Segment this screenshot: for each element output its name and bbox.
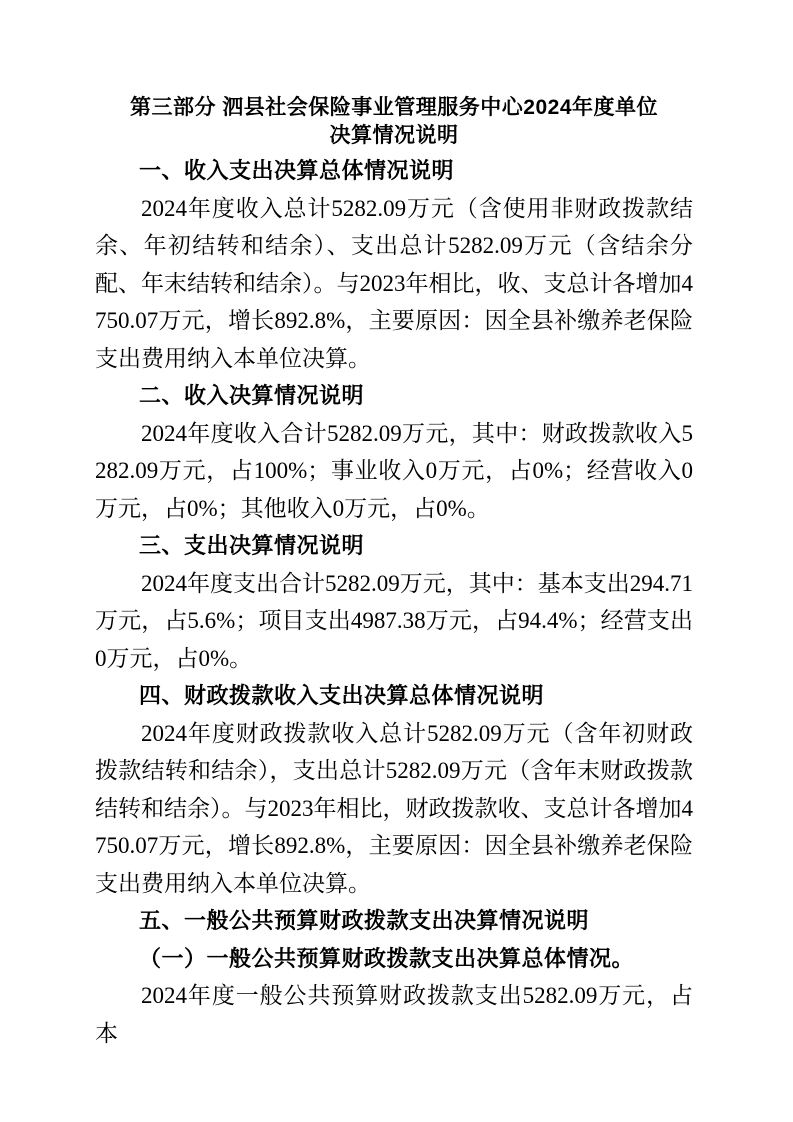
- section-paragraph: 2024年度支出合计5282.09万元，其中：基本支出294.71万元，占5.6…: [95, 565, 693, 678]
- document-title-line-2: 决算情况说明: [95, 122, 693, 150]
- section-heading: 二、收入决算情况说明: [95, 377, 693, 415]
- section-expenditure-details: 三、支出决算情况说明 2024年度支出合计5282.09万元，其中：基本支出29…: [95, 527, 693, 677]
- section-heading: 五、一般公共预算财政拨款支出决算情况说明: [95, 902, 693, 940]
- section-paragraph: 2024年度收入总计5282.09万元（含使用非财政拨款结余、年初结转和结余）、…: [95, 190, 693, 378]
- document-page: 第三部分 泗县社会保险事业管理服务中心2024年度单位 决算情况说明 一、收入支…: [0, 0, 793, 1122]
- document-content: 第三部分 泗县社会保险事业管理服务中心2024年度单位 决算情况说明 一、收入支…: [0, 0, 793, 1052]
- section-heading: 四、财政拨款收入支出决算总体情况说明: [95, 677, 693, 715]
- section-heading: 一、收入支出决算总体情况说明: [95, 152, 693, 190]
- section-paragraph: 2024年度收入合计5282.09万元，其中：财政拨款收入5282.09万元，占…: [95, 415, 693, 528]
- section-subheading: （一）一般公共预算财政拨款支出决算总体情况。: [95, 940, 693, 978]
- document-title-line-1: 第三部分 泗县社会保险事业管理服务中心2024年度单位: [95, 94, 693, 122]
- section-paragraph: 2024年度财政拨款收入总计5282.09万元（含年初财政拨款结转和结余），支出…: [95, 715, 693, 903]
- section-income-expenditure-overview: 一、收入支出决算总体情况说明 2024年度收入总计5282.09万元（含使用非财…: [95, 152, 693, 377]
- section-fiscal-appropriation-overview: 四、财政拨款收入支出决算总体情况说明 2024年度财政拨款收入总计5282.09…: [95, 677, 693, 902]
- section-general-public-budget: 五、一般公共预算财政拨款支出决算情况说明 （一）一般公共预算财政拨款支出决算总体…: [95, 902, 693, 1052]
- document-body: 一、收入支出决算总体情况说明 2024年度收入总计5282.09万元（含使用非财…: [95, 152, 693, 1052]
- section-income-details: 二、收入决算情况说明 2024年度收入合计5282.09万元，其中：财政拨款收入…: [95, 377, 693, 527]
- document-title: 第三部分 泗县社会保险事业管理服务中心2024年度单位 决算情况说明: [95, 94, 693, 150]
- section-paragraph: 2024年度一般公共预算财政拨款支出5282.09万元，占本: [95, 977, 693, 1052]
- section-heading: 三、支出决算情况说明: [95, 527, 693, 565]
